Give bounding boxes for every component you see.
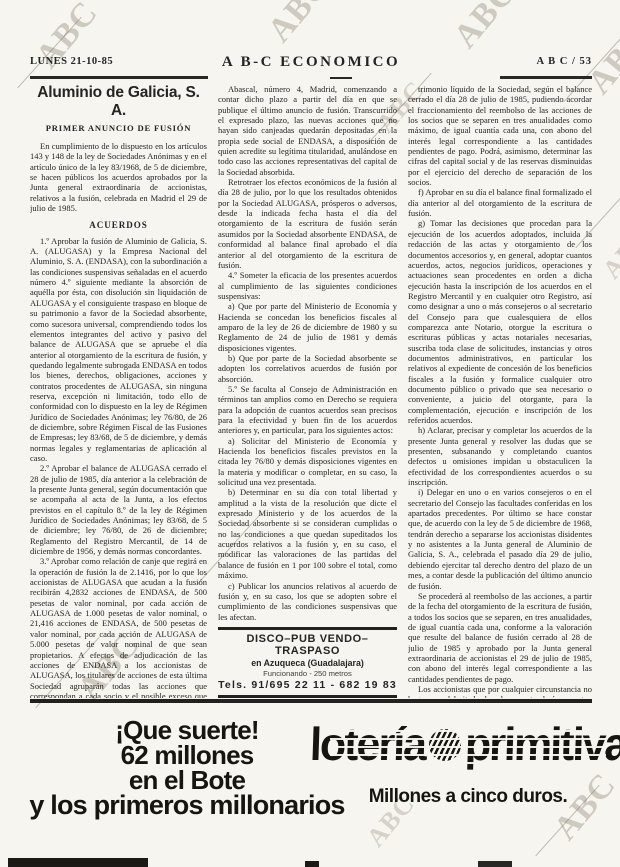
classified-ad-disco-pub: DISCO–PUB VENDO–TRASPASO en Azuqueca (Gu… bbox=[218, 627, 397, 698]
article-paragraph: a) Que por parte del Ministerio de Econo… bbox=[218, 301, 397, 353]
page-number: A B C / 53 bbox=[536, 56, 592, 67]
article-column-2: Abascal, número 4, Madrid, comenzando a … bbox=[218, 84, 397, 698]
article-paragraph: 2.º Aprobar el balance de ALUGASA cerrad… bbox=[30, 463, 207, 556]
section-title: A B-C ECONOMICO bbox=[30, 54, 592, 71]
logo-stripe-overlay bbox=[330, 716, 606, 774]
article-paragraph: 4.º Someter la eficacia de los presentes… bbox=[218, 270, 397, 301]
lottery-jackpot-ad: ¡Que suerte! 62 millones en el Bote y lo… bbox=[22, 718, 352, 818]
article-paragraph: f) Aprobar en su día el balance final fo… bbox=[408, 187, 592, 218]
section-heading: ACUERDOS bbox=[30, 220, 207, 230]
article-paragraph: Se procederá al reembolso de las accione… bbox=[408, 591, 592, 684]
article-paragraph: 1.º Aprobar la fusión de Aluminio de Gal… bbox=[30, 236, 207, 464]
article-headline: Aluminio de Galicia, S. A. bbox=[30, 84, 207, 120]
article-paragraph: c) Publicar los anuncios relativos al ac… bbox=[218, 581, 397, 622]
article-paragraph: En cumplimiento de lo dispuesto en los a… bbox=[30, 141, 207, 213]
classified-location: en Azuqueca (Guadalajara) bbox=[218, 658, 397, 668]
loteria-tagline: Millones a cinco duros. bbox=[330, 786, 606, 808]
article-paragraph: trimonio líquido de la Sociedad, según e… bbox=[408, 84, 592, 187]
header-rule-left bbox=[30, 76, 208, 79]
next-section-cutoff-mark bbox=[305, 861, 319, 867]
article-paragraph: h) Aclarar, precisar y completar los acu… bbox=[408, 425, 592, 487]
article-paragraph: 3.º Aprobar como relación de canje que r… bbox=[30, 556, 207, 698]
header-rule-center bbox=[330, 77, 352, 79]
article-paragraph: d) Efectuar las liquidaciones o asegurar… bbox=[218, 622, 397, 623]
abc-watermark: ABC bbox=[597, 221, 620, 285]
ad-line-millonarios: y los primeros millonarios bbox=[22, 793, 352, 818]
article-paragraph: Los accionistas que por cualquier circun… bbox=[408, 684, 592, 698]
column-2-text: Abascal, número 4, Madrid, comenzando a … bbox=[218, 84, 397, 623]
header-rule-right bbox=[500, 76, 592, 79]
page-header: LUNES 21-10-85 A B-C ECONOMICO A B C / 5… bbox=[30, 54, 592, 74]
abc-watermark: ABC bbox=[261, 0, 338, 50]
next-section-cutoff-mark bbox=[478, 861, 512, 867]
article-paragraph: a) Solicitar del Ministerio de Economía … bbox=[218, 436, 397, 488]
fusion-notice-article: Aluminio de Galicia, S. A. PRIMER ANUNCI… bbox=[30, 84, 592, 698]
next-section-cutoff-bar bbox=[8, 858, 148, 867]
article-bottom-rule bbox=[30, 699, 592, 703]
article-paragraph: 5.º Se faculta al Consejo de Administrac… bbox=[218, 384, 397, 436]
article-paragraph: b) Determinar en su día con total libert… bbox=[218, 487, 397, 580]
article-paragraph: i) Delegar en uno o en varios consejeros… bbox=[408, 487, 592, 590]
column-3-text: trimonio líquido de la Sociedad, según e… bbox=[408, 84, 592, 698]
article-column-1: Aluminio de Galicia, S. A. PRIMER ANUNCI… bbox=[30, 84, 207, 698]
abc-watermark: ABC bbox=[447, 0, 524, 56]
article-subhead: PRIMER ANUNCIO DE FUSIÓN bbox=[30, 123, 207, 133]
article-paragraph: b) Que por parte de la Sociedad absorben… bbox=[218, 353, 397, 384]
article-paragraph: Abascal, número 4, Madrid, comenzando a … bbox=[218, 84, 397, 177]
classified-detail: Funcionando - 250 metros bbox=[218, 669, 397, 678]
classified-phones: Tels. 91/695 22 11 - 682 19 83 bbox=[218, 679, 397, 691]
newspaper-page: ABC ABC ABC ABC ABC ABC ABC ABC ABC LUNE… bbox=[0, 0, 620, 867]
loteria-primitiva-logo: lotería primitiva bbox=[330, 716, 606, 774]
article-paragraph: g) Tomar las decisiones que procedan par… bbox=[408, 218, 592, 425]
article-paragraph: Retrotraer los efectos económicos de la … bbox=[218, 177, 397, 270]
loteria-primitiva-ad: lotería primitiva Millones a cinco duros… bbox=[330, 716, 606, 808]
column-1-text: En cumplimiento de lo dispuesto en los a… bbox=[30, 141, 207, 698]
article-column-3: trimonio líquido de la Sociedad, según e… bbox=[408, 84, 592, 698]
classified-title: DISCO–PUB VENDO–TRASPASO bbox=[218, 633, 397, 657]
